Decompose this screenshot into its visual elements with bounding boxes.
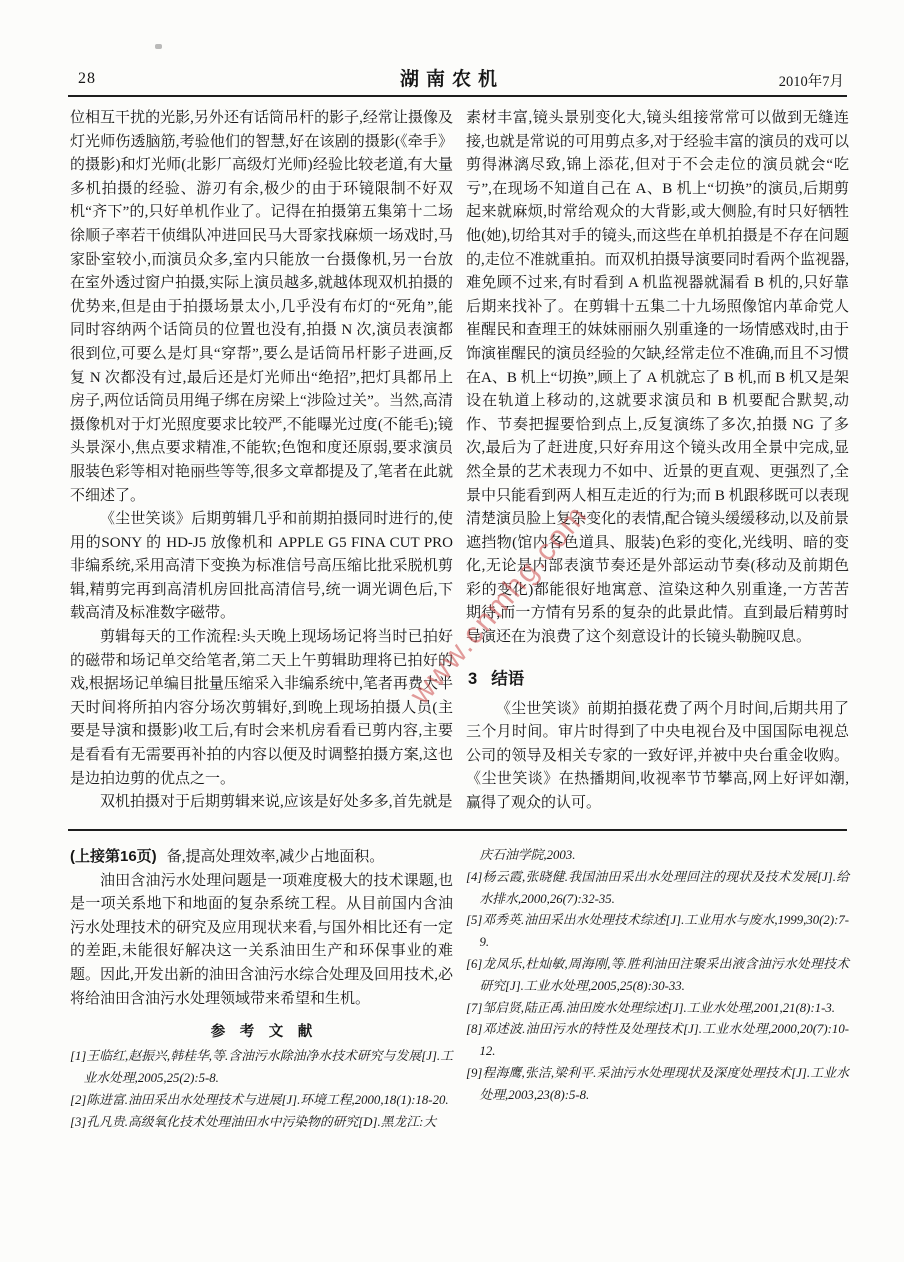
paragraph: 油田含油污水处理问题是一项难度极大的技术课题,也是一项关系地下和地面的复杂系统工… xyxy=(70,870,453,1012)
reference-item: [2]陈进富.油田采出水处理技术与进展[J].环境工程,2000,18(1):1… xyxy=(70,1090,453,1112)
paragraph: 位相互干扰的光影,另外还有话筒吊杆的影子,经常让摄像及灯光师伤透脑筋,考验他们的… xyxy=(70,107,453,508)
oil-article-right-column: 庆石油学院,2003. [4]杨云霞,张晓健.我国油田采出水处理回注的现状及技术… xyxy=(466,845,849,1133)
section-title: 结语 xyxy=(491,670,524,688)
header-rule xyxy=(68,95,847,97)
reference-item: [8]邓述波.油田污水的特性及处理技术[J].工业水处理,2000,20(7):… xyxy=(466,1019,849,1063)
reference-item: [7]邹启贤,陆正禹.油田废水处理综述[J].工业水处理,2001,21(8):… xyxy=(466,998,849,1020)
article-divider-rule xyxy=(68,829,847,831)
oil-article-left-column: (上接第16页)备,提高处理效率,减少占地面积。 油田含油污水处理问题是一项难度… xyxy=(70,845,453,1133)
section-heading-conclusion: 3结语 xyxy=(468,665,849,689)
reference-item: [1]王临红,赵振兴,韩桂华,等.含油污水除油净水技术研究与发展[J].工业水处… xyxy=(70,1046,453,1090)
film-article-left-column: 位相互干扰的光影,另外还有话筒吊杆的影子,经常让摄像及灯光师伤透脑筋,考验他们的… xyxy=(70,107,453,816)
reference-item: [9]程海鹰,张洁,梁利平.采油污水处理现状及深度处理技术[J].工业水处理,2… xyxy=(466,1063,849,1107)
scan-artifact xyxy=(155,44,162,49)
continuation-text: 备,提高处理效率,减少占地面积。 xyxy=(167,849,385,865)
journal-title: 湖南农机 xyxy=(0,64,904,91)
continued-from-label: (上接第16页) xyxy=(70,848,157,865)
issue-date: 2010年7月 xyxy=(779,70,844,91)
paragraph: 剪辑每天的工作流程:头天晚上现场场记将当时已拍好的磁带和场记单交给笔者,第二天上… xyxy=(70,626,453,791)
paragraph: 素材丰富,镜头景别变化大,镜头组接常常可以做到无缝连接,也就是常说的可用剪点多,… xyxy=(466,107,849,650)
reference-continuation: 庆石油学院,2003. xyxy=(466,845,849,867)
conclusion-paragraph: 《尘世笑谈》前期拍摄花费了两个月时间,后期共用了三个月时间。审片时得到了中央电视… xyxy=(466,698,849,816)
oil-article-continued: (上接第16页)备,提高处理效率,减少占地面积。 油田含油污水处理问题是一项难度… xyxy=(70,845,849,1133)
reference-item: [3]孔凡贵.高级氧化技术处理油田水中污染物的研究[D].黑龙江:大 xyxy=(70,1112,453,1134)
film-article: 位相互干扰的光影,另外还有话筒吊杆的影子,经常让摄像及灯光师伤透脑筋,考验他们的… xyxy=(70,107,849,816)
continuation-line: (上接第16页)备,提高处理效率,减少占地面积。 xyxy=(70,845,453,870)
reference-item: [6]龙凤乐,杜灿敏,周海刚,等.胜利油田注聚采出液含油污水处理技术研究[J].… xyxy=(466,954,849,998)
references-heading: 参 考 文 献 xyxy=(70,1020,453,1041)
film-article-right-column: 素材丰富,镜头景别变化大,镜头组接常常可以做到无缝连接,也就是常说的可用剪点多,… xyxy=(466,107,849,816)
paragraph: 《尘世笑谈》后期剪辑几乎和前期拍摄同时进行的,使用的SONY 的 HD-J5 放… xyxy=(70,508,453,626)
reference-item: [4]杨云霞,张晓健.我国油田采出水处理回注的现状及技术发展[J].给水排水,2… xyxy=(466,867,849,911)
section-number: 3 xyxy=(468,670,477,688)
reference-item: [5]邓秀英.油田采出水处理技术综述[J].工业用水与废水,1999,30(2)… xyxy=(466,910,849,954)
journal-page-scan: 28 湖南农机 2010年7月 位相互干扰的光影,另外还有话筒吊杆的影子,经常让… xyxy=(0,0,904,1262)
paragraph: 双机拍摄对于后期剪辑来说,应该是好处多多,首先就是 xyxy=(70,791,453,815)
